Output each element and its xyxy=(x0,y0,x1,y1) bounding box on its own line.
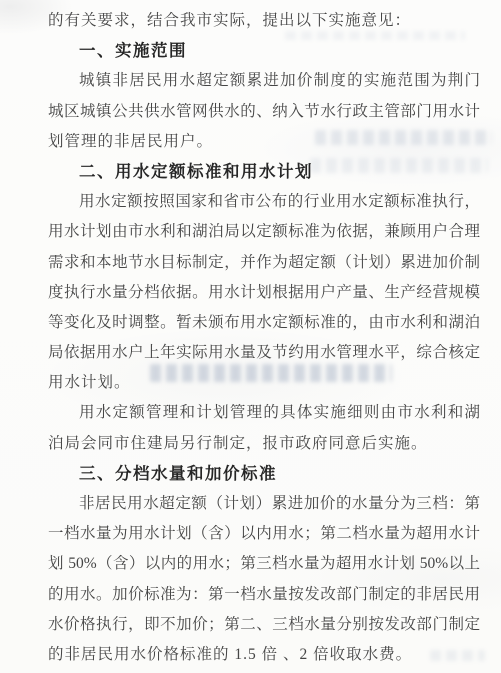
text-line: 局依据用水户上年实际用水量及节约用水管理水平，综合核定 xyxy=(48,338,480,368)
text-line: 划 50%（含）以内的用水；第三档水量为超用水计划 50%以上 xyxy=(48,549,480,579)
text-line: 的用水。加价标准为：第一档水量按发改部门制定的非居民用 xyxy=(48,580,480,610)
text-line: 需求和本地节水目标制定，并作为超定额（计划）累进加价制 xyxy=(48,248,480,278)
text-line: 城区城镇公共供水管网供水的、纳入节水行政主管部门用水计 xyxy=(48,97,480,127)
text-line: 用水定额按照国家和省市公布的行业用水定额标准执行， xyxy=(48,187,480,217)
text-line: 等变化及时调整。暂未颁布用水定额标准的，由市水利和湖泊 xyxy=(48,308,480,338)
text-line: 一档水量为用水计划（含）以内用水；第二档水量为超用水计 xyxy=(48,519,480,549)
text-line: 泊局会同市住建局另行制定，报市政府同意后实施。 xyxy=(48,429,480,459)
text-line: 划管理的非居民用户。 xyxy=(48,127,480,157)
text-line: 城镇非居民用水超定额累进加价制度的实施范围为荆门 xyxy=(48,66,480,96)
text-line: 用水定额管理和计划管理的具体实施细则由市水利和湖 xyxy=(48,398,480,428)
document-text-block: 的有关要求，结合我市实际，提出以下实施意见： 一、实施范围 城镇非居民用水超定额… xyxy=(48,6,480,670)
scanned-document-page: 的有关要求，结合我市实际，提出以下实施意见： 一、实施范围 城镇非居民用水超定额… xyxy=(0,0,501,673)
section-heading-3: 三、分档水量和加价标准 xyxy=(48,459,480,489)
section-heading-1: 一、实施范围 xyxy=(48,36,480,66)
text-line: 的非居民用水价格标准的 1.5 倍 、2 倍收取水费。 xyxy=(48,640,480,670)
section-heading-2: 二、用水定额标准和用水计划 xyxy=(48,157,480,187)
text-line: 用水计划由市水利和湖泊局以定额标准为依据，兼顾用户合理 xyxy=(48,217,480,247)
text-line: 水价格执行，即不加价；第二、三档水量分别按发改部门制定 xyxy=(48,610,480,640)
text-line: 非居民用水超定额（计划）累进加价的水量分为三档：第 xyxy=(48,489,480,519)
text-line: 度执行水量分档依据。用水计划根据用户产量、生产经营规模 xyxy=(48,278,480,308)
text-line: 用水计划。 xyxy=(48,368,480,398)
text-line: 的有关要求，结合我市实际，提出以下实施意见： xyxy=(48,6,480,36)
